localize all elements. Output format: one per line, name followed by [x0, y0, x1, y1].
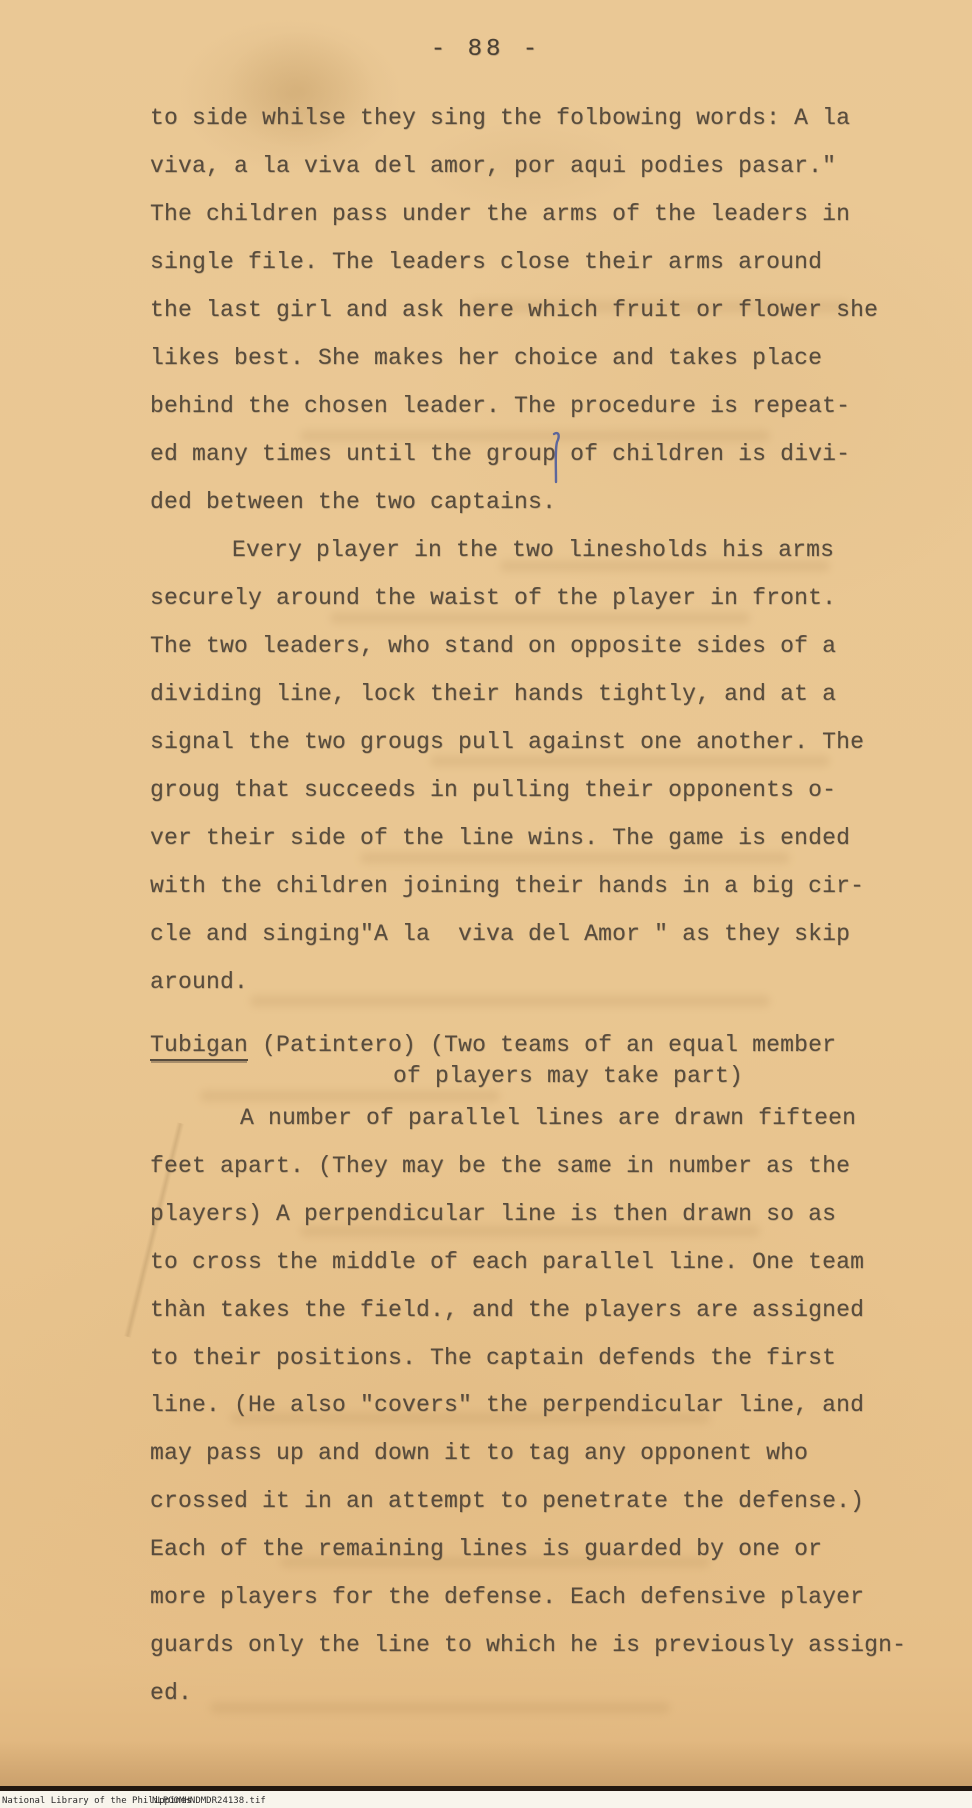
typed-line: The two leaders, who stand on opposite s…	[150, 633, 836, 659]
typed-line: signal the two grougs pull against one a…	[150, 729, 864, 755]
typed-line: The children pass under the arms of the …	[150, 201, 850, 227]
bleed-through-mark	[200, 1090, 500, 1102]
game-title-underlined: Tubigan	[150, 1032, 248, 1061]
scanned-page: - 88 - to side whilse they sing the folb…	[0, 0, 972, 1808]
typed-line: more players for the defense. Each defen…	[150, 1584, 864, 1610]
typed-line: the last girl and ask here which fruit o…	[150, 297, 878, 323]
scan-filename-label: NLPOOMHNDMDR24138.tif	[152, 1796, 266, 1806]
typed-line: likes best. She makes her choice and tak…	[150, 345, 822, 371]
typed-line: behind the chosen leader. The procedure …	[150, 393, 850, 419]
typed-line: ver their side of the line wins. The gam…	[150, 825, 850, 851]
typed-line: Every player in the two linesholds his a…	[232, 537, 834, 563]
typed-line: viva, a la viva del amor, por aqui podie…	[150, 153, 836, 179]
typed-line: to cross the middle of each parallel lin…	[150, 1249, 864, 1275]
typed-line: guards only the line to which he is prev…	[150, 1632, 906, 1658]
typed-line: dividing line, lock their hands tightly,…	[150, 681, 836, 707]
page-number: - 88 -	[0, 36, 972, 63]
typed-line: ed.	[150, 1680, 192, 1706]
heading-line: of players may take part)	[393, 1063, 743, 1089]
typed-line: Each of the remaining lines is guarded b…	[150, 1536, 822, 1562]
bleed-through-mark	[250, 995, 770, 1007]
typed-line: single file. The leaders close their arm…	[150, 249, 822, 275]
typed-line: A number of parallel lines are drawn fif…	[240, 1105, 856, 1131]
bleed-through-mark	[210, 1702, 670, 1714]
typed-line: feet apart. (They may be the same in num…	[150, 1153, 850, 1179]
typed-line: line. (He also "covers" the perpendicula…	[150, 1392, 864, 1418]
typed-line: with the children joining their hands in…	[150, 873, 864, 899]
scan-edge-shadow	[0, 1740, 972, 1786]
bleed-through-mark	[360, 852, 790, 864]
typed-line: may pass up and down it to tag any oppon…	[150, 1440, 808, 1466]
typed-line: cle and singing"A la viva del Amor " as …	[150, 921, 850, 947]
bleed-through-mark	[430, 755, 830, 767]
heading-line: Tubigan (Patintero) (Two teams of an equ…	[150, 1032, 836, 1058]
typed-line: to their positions. The captain defends …	[150, 1345, 836, 1371]
typed-line: securely around the waist of the player …	[150, 585, 836, 611]
typed-line: ded between the two captains.	[150, 489, 556, 515]
typed-line: groug that succeeds in pulling their opp…	[150, 777, 836, 803]
typed-line: thàn takes the field., and the players a…	[150, 1297, 864, 1323]
typed-line: to side whilse they sing the folbowing w…	[150, 105, 850, 131]
typed-line: ed many times until the group of childre…	[150, 441, 850, 467]
typed-line: crossed it in an attempt to penetrate th…	[150, 1488, 864, 1514]
typed-line: players) A perpendicular line is then dr…	[150, 1201, 836, 1227]
bleed-through-mark	[330, 612, 750, 624]
typed-line: around.	[150, 969, 248, 995]
